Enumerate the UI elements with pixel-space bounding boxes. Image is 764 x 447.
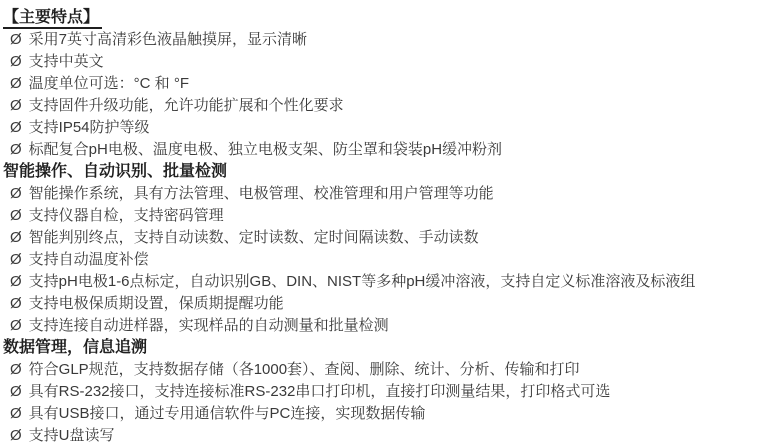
feature-item: Ø温度单位可选：°C 和 °F xyxy=(3,73,764,95)
feature-document: 【主要特点】 Ø采用7英寸高清彩色液晶触摸屏，显示清晰 Ø支持中英文 Ø温度单位… xyxy=(0,0,764,447)
feature-item: Ø采用7英寸高清彩色液晶触摸屏，显示清晰 xyxy=(3,29,764,51)
feature-text: 支持IP54防护等级 xyxy=(29,119,150,136)
bullet-marker: Ø xyxy=(10,425,22,447)
bullet-marker: Ø xyxy=(10,139,22,161)
bullet-marker: Ø xyxy=(10,315,22,337)
feature-text: 标配复合pH电极、温度电极、独立电极支架、防尘罩和袋装pH缓冲粉剂 xyxy=(29,141,502,158)
feature-text: 温度单位可选：°C 和 °F xyxy=(29,75,189,92)
feature-text: 符合GLP规范，支持数据存储（各1000套）、查阅、删除、统计、分析、传输和打印 xyxy=(29,361,580,378)
document-title: 【主要特点】 xyxy=(3,7,764,29)
feature-text: 具有RS-232接口，支持连接标准RS-232串口打印机，直接打印测量结果，打印… xyxy=(29,383,611,400)
feature-item: Ø支持IP54防护等级 xyxy=(3,117,764,139)
bullet-marker: Ø xyxy=(10,293,22,315)
feature-text: 支持固件升级功能，允许功能扩展和个性化要求 xyxy=(29,97,344,114)
bullet-marker: Ø xyxy=(10,249,22,271)
feature-text: 智能操作系统，具有方法管理、电极管理、校准管理和用户管理等功能 xyxy=(29,185,494,202)
bullet-marker: Ø xyxy=(10,205,22,227)
feature-text: 支持仪器自检，支持密码管理 xyxy=(29,207,224,224)
feature-text: 支持中英文 xyxy=(29,53,104,70)
feature-item: Ø标配复合pH电极、温度电极、独立电极支架、防尘罩和袋装pH缓冲粉剂 xyxy=(3,139,764,161)
bullet-marker: Ø xyxy=(10,359,22,381)
feature-item: Ø支持自动温度补偿 xyxy=(3,249,764,271)
feature-text: 支持电极保质期设置，保质期提醒功能 xyxy=(29,295,284,312)
feature-item: Ø智能操作系统，具有方法管理、电极管理、校准管理和用户管理等功能 xyxy=(3,183,764,205)
feature-item: Ø支持连接自动进样器，实现样品的自动测量和批量检测 xyxy=(3,315,764,337)
feature-item: Ø支持中英文 xyxy=(3,51,764,73)
section-heading-data-management: 数据管理，信息追溯 xyxy=(3,337,764,359)
feature-item: Ø具有RS-232接口，支持连接标准RS-232串口打印机，直接打印测量结果，打… xyxy=(3,381,764,403)
document-title-text: 【主要特点】 xyxy=(3,8,102,29)
bullet-marker: Ø xyxy=(10,271,22,293)
feature-item: Ø支持固件升级功能，允许功能扩展和个性化要求 xyxy=(3,95,764,117)
feature-item: Ø智能判别终点，支持自动读数、定时读数、定时间隔读数、手动读数 xyxy=(3,227,764,249)
feature-text: 支持自动温度补偿 xyxy=(29,251,149,268)
feature-text: 支持连接自动进样器，实现样品的自动测量和批量检测 xyxy=(29,317,389,334)
bullet-marker: Ø xyxy=(10,403,22,425)
bullet-marker: Ø xyxy=(10,117,22,139)
feature-text: 支持U盘读写 xyxy=(29,427,115,444)
feature-item: Ø支持电极保质期设置，保质期提醒功能 xyxy=(3,293,764,315)
bullet-marker: Ø xyxy=(10,227,22,249)
section-heading-smart-operation: 智能操作、自动识别、批量检测 xyxy=(3,161,764,183)
feature-item: Ø支持pH电极1-6点标定，自动识别GB、DIN、NIST等多种pH缓冲溶液，支… xyxy=(3,271,764,293)
feature-item: Ø支持仪器自检，支持密码管理 xyxy=(3,205,764,227)
bullet-marker: Ø xyxy=(10,183,22,205)
feature-text: 支持pH电极1-6点标定，自动识别GB、DIN、NIST等多种pH缓冲溶液，支持… xyxy=(29,273,696,290)
bullet-marker: Ø xyxy=(10,51,22,73)
bullet-marker: Ø xyxy=(10,381,22,403)
feature-text: 具有USB接口，通过专用通信软件与PC连接，实现数据传输 xyxy=(29,405,426,422)
bullet-marker: Ø xyxy=(10,73,22,95)
feature-text: 采用7英寸高清彩色液晶触摸屏，显示清晰 xyxy=(29,31,307,48)
bullet-marker: Ø xyxy=(10,95,22,117)
feature-item: Ø支持U盘读写 xyxy=(3,425,764,447)
feature-text: 智能判别终点，支持自动读数、定时读数、定时间隔读数、手动读数 xyxy=(29,229,479,246)
feature-item: Ø符合GLP规范，支持数据存储（各1000套）、查阅、删除、统计、分析、传输和打… xyxy=(3,359,764,381)
bullet-marker: Ø xyxy=(10,29,22,51)
feature-item: Ø具有USB接口，通过专用通信软件与PC连接，实现数据传输 xyxy=(3,403,764,425)
